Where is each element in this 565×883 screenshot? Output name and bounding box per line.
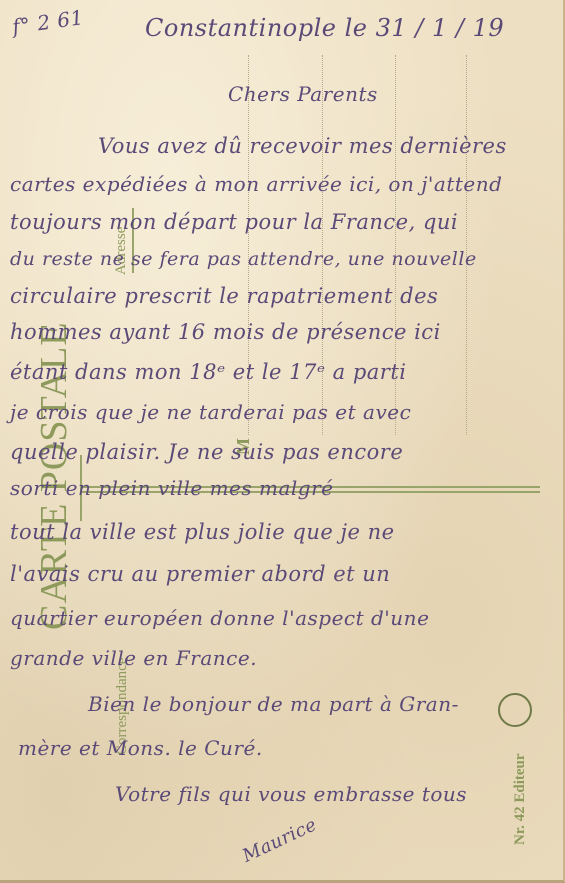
letter-line: mère et Mons. le Curé. [18, 736, 263, 760]
letter-line: quartier européen donne l'aspect d'une [10, 606, 429, 630]
archive-note: f° 2 61 [11, 5, 85, 39]
signature: Maurice [239, 814, 320, 867]
letter-line: quelle plaisir. Je ne suis pas encore [10, 440, 403, 464]
letter-line: je crois que je ne tarderai pas et avec [10, 400, 411, 424]
letter-line: l'avais cru au premier abord et un [10, 562, 390, 586]
guide-line [466, 55, 467, 435]
postcard-back: CARTE POSTALE Adresse Correspondance M N… [0, 0, 565, 883]
salutation: Chers Parents [228, 82, 378, 106]
letter-line: sorti en plein ville mes malgré [10, 476, 334, 500]
letter-line: Vous avez dû recevoir mes dernières [98, 134, 507, 158]
letter-line: cartes expédiées à mon arrivée ici, on j… [10, 172, 502, 196]
letter-line: du reste ne se fera pas attendre, une no… [10, 248, 477, 270]
publisher-label: Nr. 42 Editeur [512, 753, 529, 845]
place-date: Constantinople le 31 / 1 / 19 [145, 14, 504, 42]
letter-line: étant dans mon 18ᵉ et le 17ᵉ a parti [10, 360, 407, 384]
letter-line: Bien le bonjour de ma part à Gran- [88, 692, 459, 716]
letter-line: Votre fils qui vous embrasse tous [115, 782, 467, 806]
publisher-logo-circle [498, 693, 532, 727]
letter-line: circulaire prescrit le rapatriement des [10, 284, 438, 308]
letter-line: grande ville en France. [10, 646, 257, 670]
letter-line: hommes ayant 16 mois de présence ici [10, 320, 441, 344]
letter-line: toujours mon départ pour la France, qui [10, 210, 458, 234]
letter-line: tout la ville est plus jolie que je ne [10, 520, 395, 544]
